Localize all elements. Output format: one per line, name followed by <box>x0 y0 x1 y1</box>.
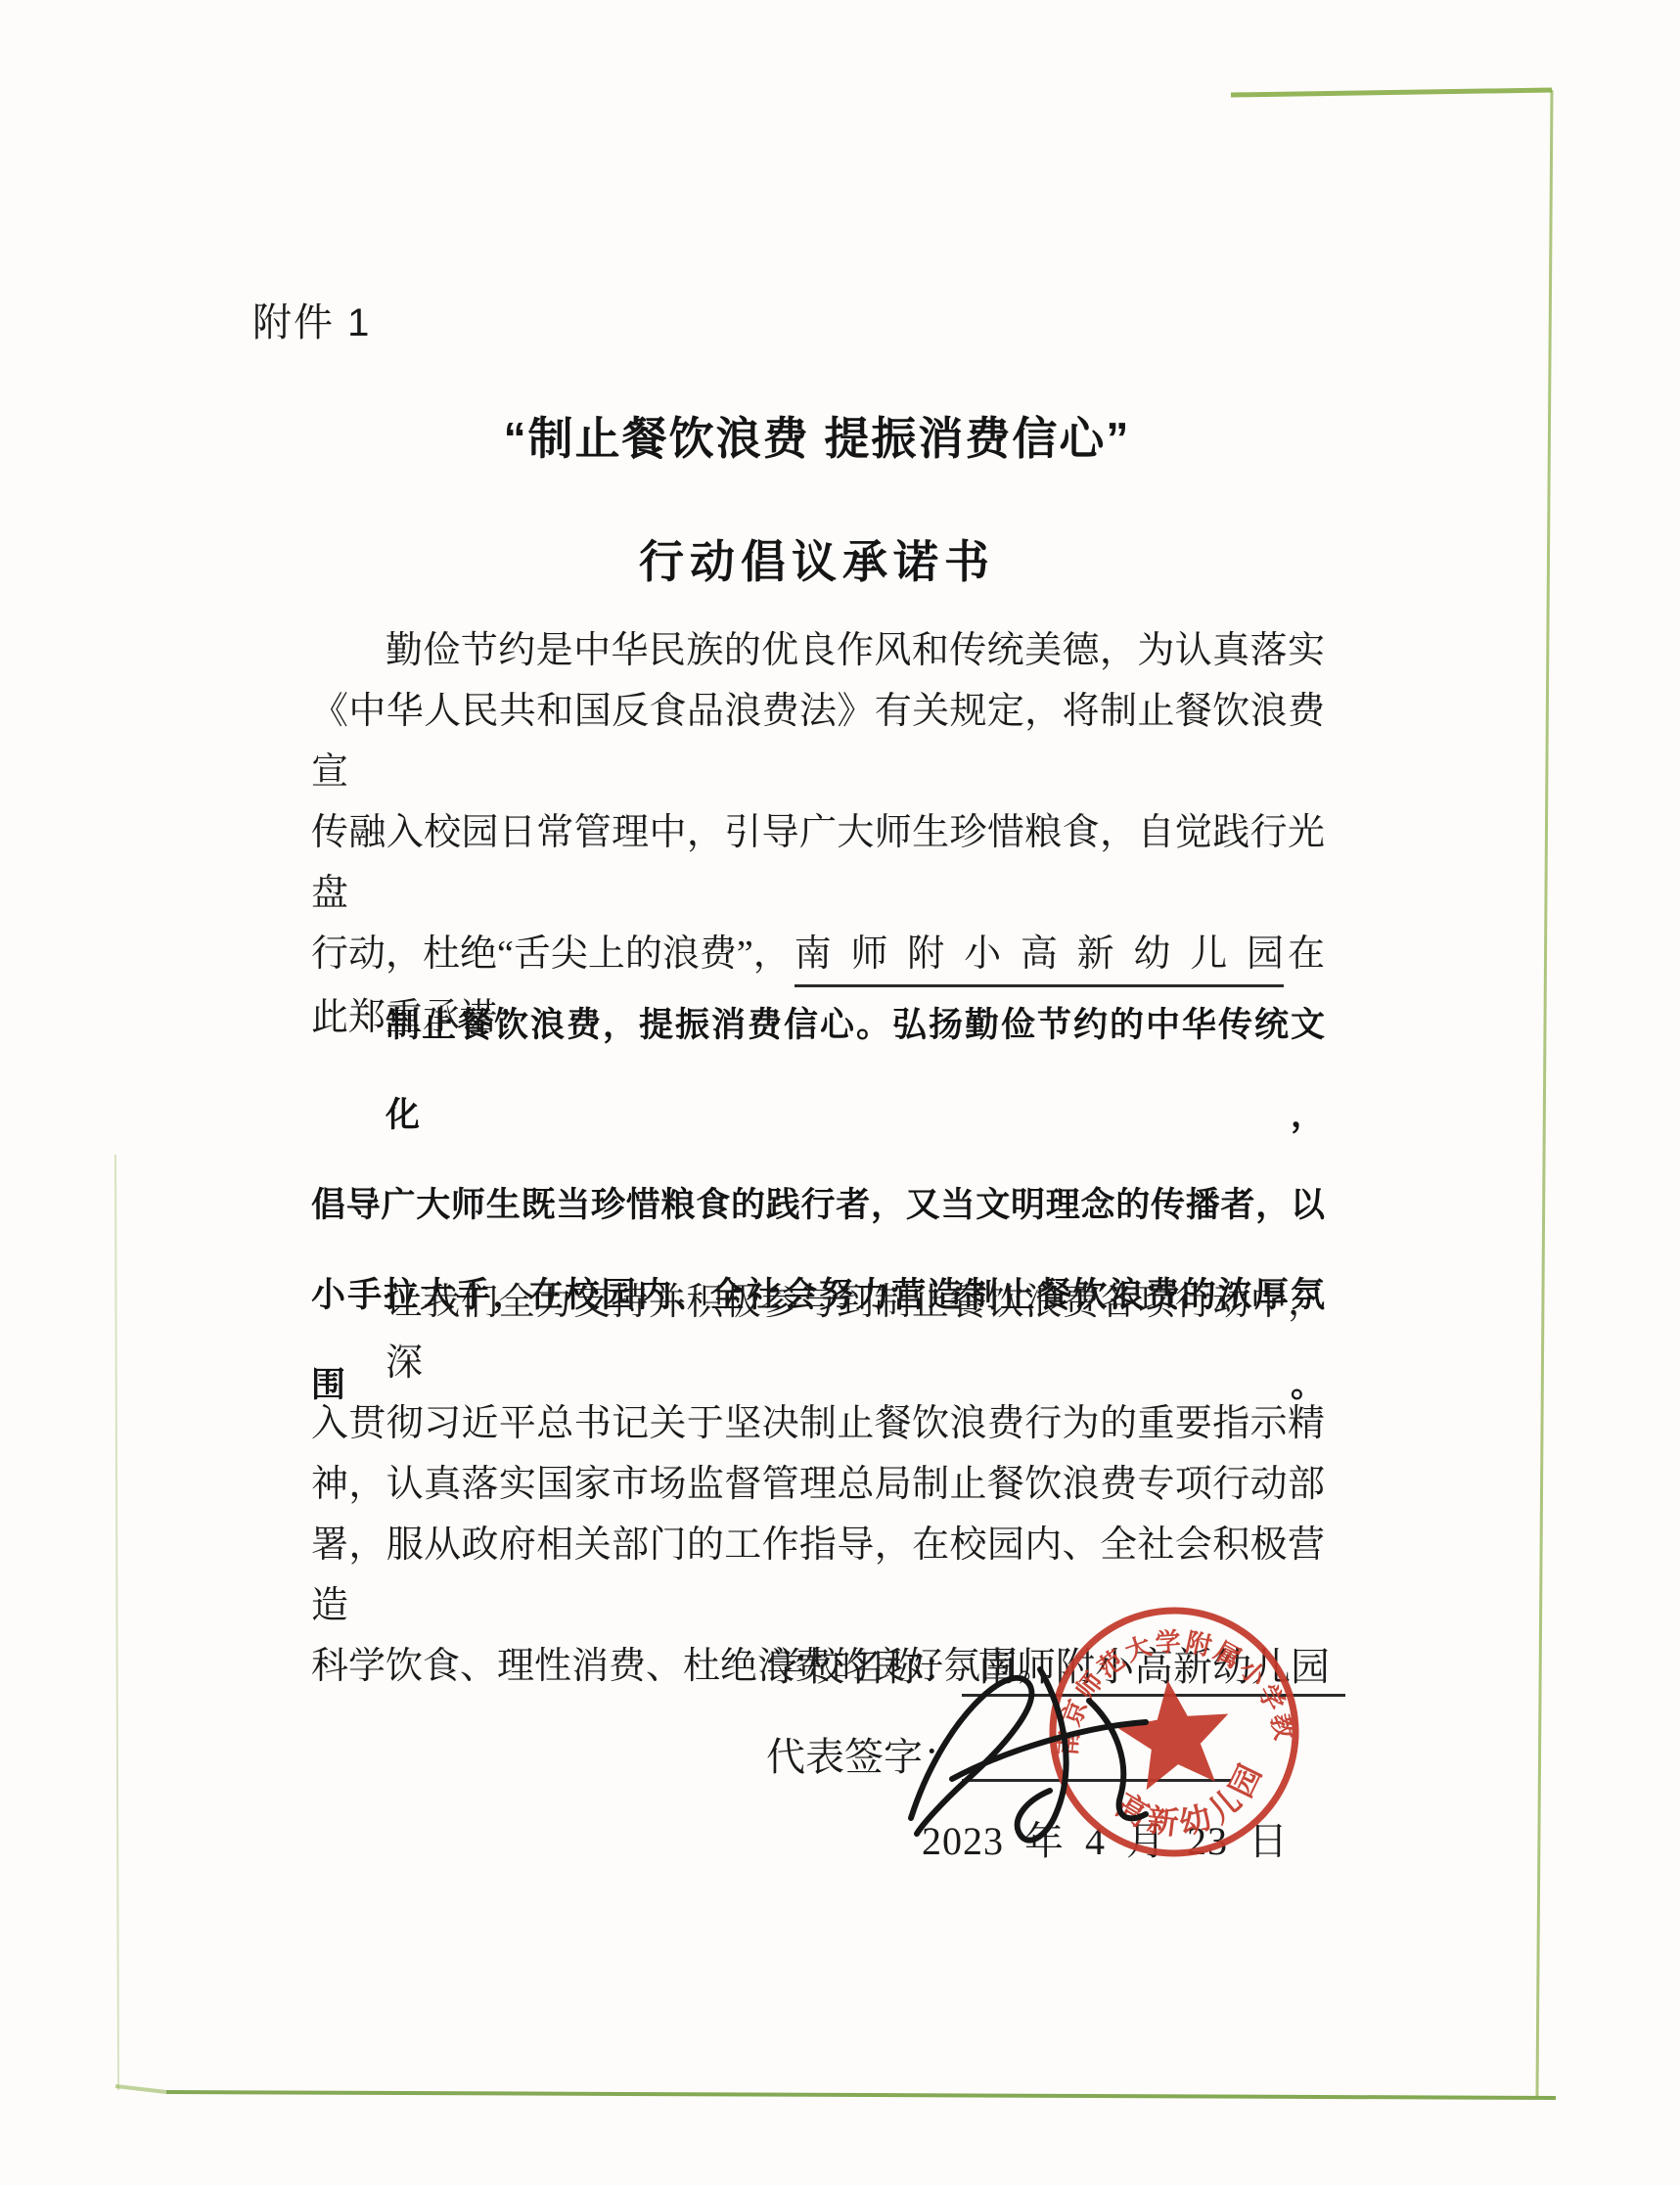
signature-handwriting <box>884 1632 1221 1862</box>
paragraph-intro-line1: 勤俭节约是中华民族的优良作风和传统美德，为认真落实 <box>311 620 1325 681</box>
line4-text-before-blank: 行动，杜绝“舌尖上的浪费”， <box>311 924 791 984</box>
paragraph-intro-line3: 传融入校园日常管理中，引导广大师生珍惜粮食，自觉践行光盘 <box>311 802 1325 924</box>
document-title-line1: “制止餐饮浪费 提振消费信心” <box>308 403 1326 468</box>
paragraph-intro-line2: 《中华人民共和国反食品浪费法》有关规定，将制止餐饮浪费宣 <box>311 681 1325 802</box>
school-name-fill-in-blank: 南师附小高新幼儿园 <box>795 924 1284 987</box>
paragraph-intro-line4: 行动，杜绝“舌尖上的浪费”， 南师附小高新幼儿园 在 <box>311 924 1325 987</box>
line4-text-after-blank: 在 <box>1288 924 1325 984</box>
paragraph-pledge-line1: 制止餐饮浪费，提振消费信心。弘扬勤俭节约的中华传统文化， <box>311 980 1325 1161</box>
paragraph-action-line2: 入贯彻习近平总书记关于坚决制止餐饮浪费行为的重要指示精 <box>311 1393 1325 1454</box>
paragraph-action-line3: 神，认真落实国家市场监督管理总局制止餐饮浪费专项行动部 <box>311 1454 1325 1515</box>
attachment-label: 附件 1 <box>252 292 371 347</box>
document-title-line2: 行动倡议承诺书 <box>308 526 1326 591</box>
paragraph-action-line1: 让我们全力支持并积极参与到制止餐饮浪费各项行动中，深 <box>311 1272 1325 1393</box>
paragraph-pledge-line2: 倡导广大师生既当珍惜粮食的践行者，又当文明理念的传播者，以 <box>311 1161 1325 1251</box>
scanned-document-page: 附件 1 “制止餐饮浪费 提振消费信心” 行动倡议承诺书 勤俭节约是中华民族的优… <box>0 0 1680 2185</box>
